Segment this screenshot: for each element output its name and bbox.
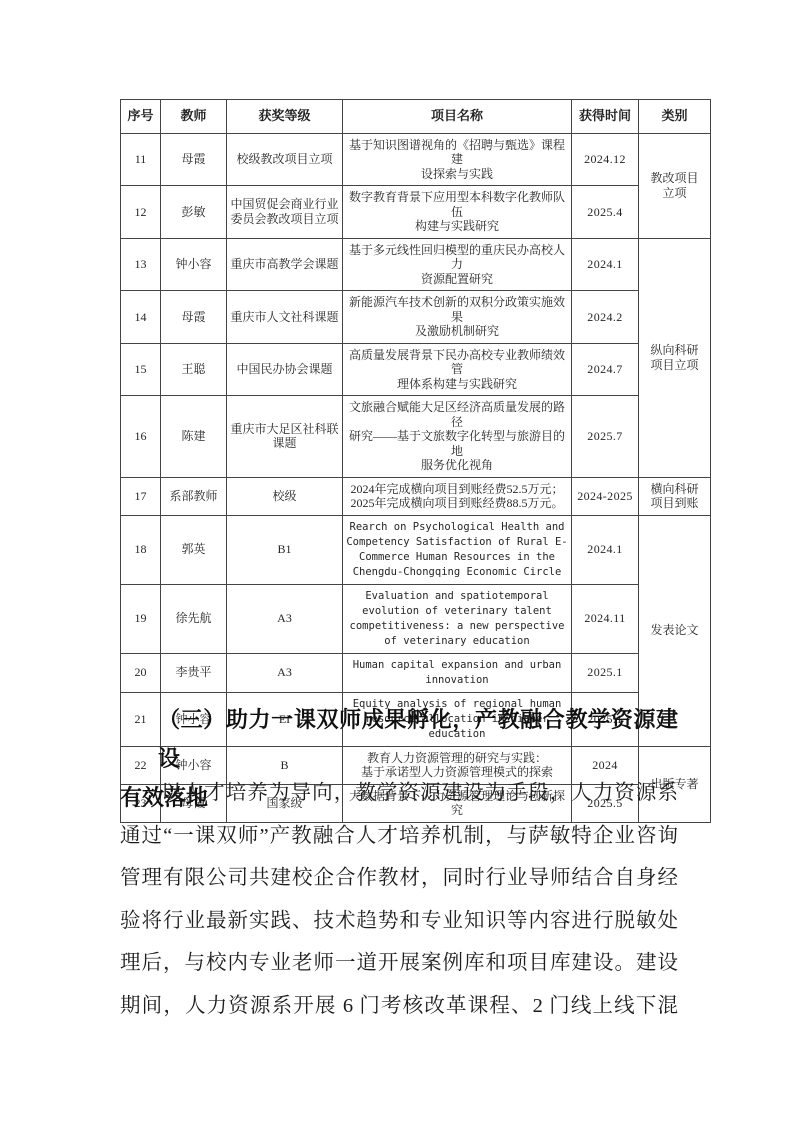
cell-project: 2024年完成横向项目到账经费52.5万元； 2025年完成横向项目到账经费88… [343,477,572,515]
table-row: 15王聪中国民办协会课题高质量发展背景下民办高校专业教师绩效管 理体系构建与实践… [121,343,711,396]
table-row: 18郭英B1Rearch on Psychological Health and… [121,515,711,584]
section-body: 以人才培养为导向，教学资源建设为手段，人力资源系通过“一课双师”产教融合人才培养… [120,772,678,1027]
cell-serial: 15 [121,343,161,396]
cell-serial: 17 [121,477,161,515]
column-header: 类别 [639,100,711,134]
cell-project: 基于多元线性回归模型的重庆民办高校人力 资源配置研究 [343,238,572,291]
table-row: 20李贵平A3Human capital expansion and urban… [121,653,711,692]
cell-time: 2024.1 [572,515,639,584]
cell-teacher: 陈建 [161,396,227,478]
cell-serial: 12 [121,186,161,239]
cell-teacher: 彭敏 [161,186,227,239]
cell-time: 2024.1 [572,238,639,291]
cell-award-level: 重庆市大足区社科联 课题 [227,396,343,478]
cell-project: Human capital expansion and urban innova… [343,653,572,692]
document-page: 序号教师获奖等级项目名称获得时间类别 11母霞校级教改项目立项基于知识图谱视角的… [0,0,793,1122]
cell-award-level: B1 [227,515,343,584]
paragraph-line: 通过“一课双师”产教融合人才培养机制，与萨敏特企业咨询 [120,815,678,858]
cell-teacher: 母霞 [161,133,227,186]
cell-project: 新能源汽车技术创新的双积分政策实施效果 及激励机制研究 [343,291,572,344]
column-header: 获奖等级 [227,100,343,134]
cell-teacher: 徐先航 [161,584,227,653]
cell-teacher: 母霞 [161,291,227,344]
column-header: 获得时间 [572,100,639,134]
cell-project: Rearch on Psychological Health and Compe… [343,515,572,584]
cell-time: 2024.12 [572,133,639,186]
table-row: 11母霞校级教改项目立项基于知识图谱视角的《招聘与甄选》课程建 设探索与实践20… [121,133,711,186]
cell-award-level: 中国民办协会课题 [227,343,343,396]
cell-teacher: 李贵平 [161,653,227,692]
cell-serial: 13 [121,238,161,291]
cell-award-level: 重庆市人文社科课题 [227,291,343,344]
paragraph-line: 理后，与校内专业老师一道开展案例库和项目库建设。建设 [120,942,678,985]
paragraph-line: 以人才培养为导向，教学资源建设为手段，人力资源系 [120,772,678,815]
table-row: 19徐先航A3Evaluation and spatiotemporal evo… [121,584,711,653]
cell-project: 基于知识图谱视角的《招聘与甄选》课程建 设探索与实践 [343,133,572,186]
cell-serial: 18 [121,515,161,584]
cell-time: 2024-2025 [572,477,639,515]
cell-award-level: 中国贸促会商业行业 委员会教改项目立项 [227,186,343,239]
cell-time: 2025.1 [572,653,639,692]
cell-teacher: 钟小容 [161,238,227,291]
cell-teacher: 系部教师 [161,477,227,515]
paragraph-line: 管理有限公司共建校企合作教材，同时行业导师结合自身经 [120,857,678,900]
section-heading-line: （三）助力一课双师成果孵化，产教融合教学资源建设 [120,700,678,778]
paragraph-line: 验将行业最新实践、技术趋势和专业知识等内容进行脱敏处 [120,900,678,943]
table-header-row: 序号教师获奖等级项目名称获得时间类别 [121,100,711,134]
cell-award-level: 校级教改项目立项 [227,133,343,186]
cell-serial: 20 [121,653,161,692]
cell-project: 文旅融合赋能大足区经济高质量发展的路径 研究——基于文旅数字化转型与旅游目的地 … [343,396,572,478]
cell-project: 数字教育背景下应用型本科数字化教师队伍 构建与实践研究 [343,186,572,239]
table-row: 13钟小容重庆市高教学会课题基于多元线性回归模型的重庆民办高校人力 资源配置研究… [121,238,711,291]
table-row: 16陈建重庆市大足区社科联 课题文旅融合赋能大足区经济高质量发展的路径 研究——… [121,396,711,478]
cell-category: 横向科研 项目到账 [639,477,711,515]
table-row: 14母霞重庆市人文社科课题新能源汽车技术创新的双积分政策实施效果 及激励机制研究… [121,291,711,344]
cell-award-level: A3 [227,653,343,692]
paragraph-line: 期间，人力资源系开展 6 门考核改革课程、2 门线上线下混 [120,985,678,1028]
table-row: 17系部教师校级2024年完成横向项目到账经费52.5万元； 2025年完成横向… [121,477,711,515]
column-header: 序号 [121,100,161,134]
cell-project: 高质量发展背景下民办高校专业教师绩效管 理体系构建与实践研究 [343,343,572,396]
cell-serial: 19 [121,584,161,653]
cell-teacher: 郭英 [161,515,227,584]
cell-award-level: 重庆市高教学会课题 [227,238,343,291]
cell-teacher: 王聪 [161,343,227,396]
cell-serial: 14 [121,291,161,344]
table-row: 12彭敏中国贸促会商业行业 委员会教改项目立项数字教育背景下应用型本科数字化教师… [121,186,711,239]
column-header: 教师 [161,100,227,134]
cell-time: 2025.7 [572,396,639,478]
cell-serial: 16 [121,396,161,478]
cell-category: 纵向科研 项目立项 [639,238,711,477]
cell-award-level: 校级 [227,477,343,515]
cell-serial: 11 [121,133,161,186]
cell-time: 2024.7 [572,343,639,396]
column-header: 项目名称 [343,100,572,134]
cell-time: 2024.11 [572,584,639,653]
cell-award-level: A3 [227,584,343,653]
cell-project: Evaluation and spatiotemporal evolution … [343,584,572,653]
cell-time: 2025.4 [572,186,639,239]
cell-time: 2024.2 [572,291,639,344]
cell-category: 教改项目 立项 [639,133,711,238]
